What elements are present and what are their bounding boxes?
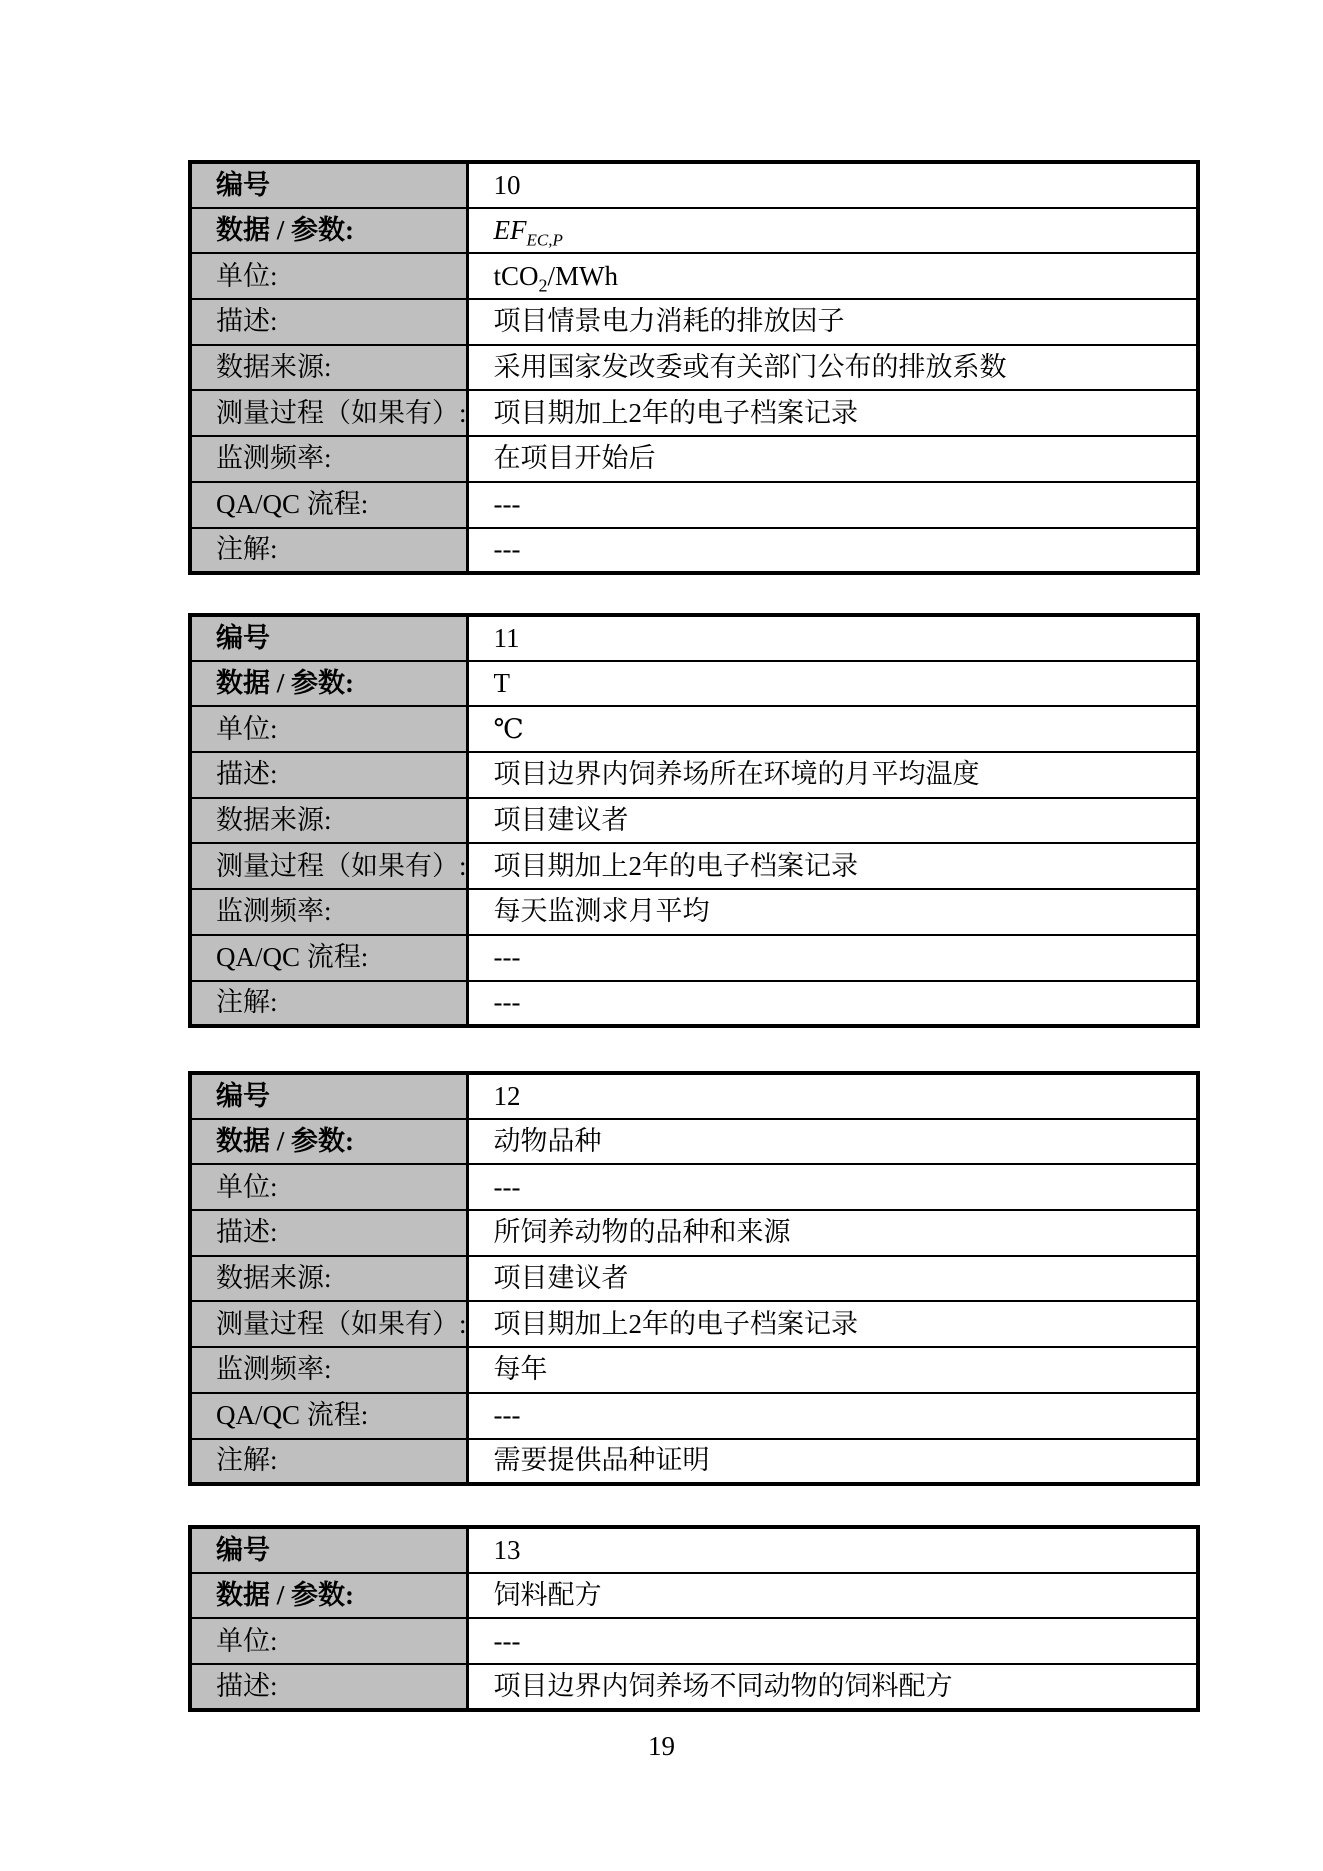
row-label: 编号 xyxy=(190,1073,467,1119)
row-label: 单位: xyxy=(190,706,467,752)
table-row: 注解: --- xyxy=(190,528,1198,574)
row-label: 数据来源: xyxy=(190,798,467,844)
parameter-table-12: 编号 12 数据 / 参数: 动物品种 单位: --- 描述: 所饲养动物的品种… xyxy=(188,1071,1200,1486)
row-value: 饲料配方 xyxy=(467,1573,1198,1619)
row-value: 项目期加上2年的电子档案记录 xyxy=(467,843,1198,889)
table-row: 单位: ℃ xyxy=(190,706,1198,752)
row-label: 数据来源: xyxy=(190,1256,467,1302)
row-value: T xyxy=(467,661,1198,707)
table-row: 注解: 需要提供品种证明 xyxy=(190,1439,1198,1485)
row-label: 数据 / 参数: xyxy=(190,208,467,254)
table-row: 数据来源: 项目建议者 xyxy=(190,798,1198,844)
table-row: 测量过程（如果有）: 项目期加上2年的电子档案记录 xyxy=(190,390,1198,436)
row-value: 12 xyxy=(467,1073,1198,1119)
row-value: 动物品种 xyxy=(467,1119,1198,1165)
table-row: 编号 10 xyxy=(190,162,1198,208)
row-value: --- xyxy=(467,935,1198,981)
row-value: 项目边界内饲养场所在环境的月平均温度 xyxy=(467,752,1198,798)
row-label: 单位: xyxy=(190,1618,467,1664)
row-label: 注解: xyxy=(190,1439,467,1485)
table-row: 数据 / 参数: 饲料配方 xyxy=(190,1573,1198,1619)
row-label: 描述: xyxy=(190,752,467,798)
row-value: tCO2/MWh xyxy=(467,253,1198,299)
row-label: 数据 / 参数: xyxy=(190,1573,467,1619)
row-label: 描述: xyxy=(190,1210,467,1256)
table-row: 监测频率: 每年 xyxy=(190,1347,1198,1393)
row-value: --- xyxy=(467,981,1198,1027)
table-row: QA/QC 流程: --- xyxy=(190,1393,1198,1439)
row-label: 测量过程（如果有）: xyxy=(190,390,467,436)
row-label: 监测频率: xyxy=(190,1347,467,1393)
row-label: QA/QC 流程: xyxy=(190,482,467,528)
table-row: 注解: --- xyxy=(190,981,1198,1027)
row-label: 监测频率: xyxy=(190,436,467,482)
table-row: 编号 12 xyxy=(190,1073,1198,1119)
table-row: 编号 13 xyxy=(190,1527,1198,1573)
table-row: 测量过程（如果有）: 项目期加上2年的电子档案记录 xyxy=(190,1301,1198,1347)
row-value: 每年 xyxy=(467,1347,1198,1393)
table-row: 监测频率: 在项目开始后 xyxy=(190,436,1198,482)
row-label: 监测频率: xyxy=(190,889,467,935)
row-label: QA/QC 流程: xyxy=(190,935,467,981)
unit-subscript: 2 xyxy=(539,275,548,295)
row-value: --- xyxy=(467,1618,1198,1664)
row-label: 单位: xyxy=(190,1164,467,1210)
parameter-table-11: 编号 11 数据 / 参数: T 单位: ℃ 描述: 项目边界内饲养场所在环境的… xyxy=(188,613,1200,1028)
row-value: 项目建议者 xyxy=(467,1256,1198,1302)
row-value: 13 xyxy=(467,1527,1198,1573)
row-value: --- xyxy=(467,528,1198,574)
table-row: 单位: tCO2/MWh xyxy=(190,253,1198,299)
row-value: 11 xyxy=(467,615,1198,661)
table-row: QA/QC 流程: --- xyxy=(190,935,1198,981)
row-value: --- xyxy=(467,1393,1198,1439)
row-value: 项目期加上2年的电子档案记录 xyxy=(467,390,1198,436)
row-value: 项目期加上2年的电子档案记录 xyxy=(467,1301,1198,1347)
row-value: 所饲养动物的品种和来源 xyxy=(467,1210,1198,1256)
formula-subscript: EC,P xyxy=(527,230,563,249)
table-row: 单位: --- xyxy=(190,1164,1198,1210)
parameter-table-10: 编号 10 数据 / 参数: EFEC,P 单位: tCO2/MWh 描述: 项… xyxy=(188,160,1200,575)
row-value: 需要提供品种证明 xyxy=(467,1439,1198,1485)
row-value: 10 xyxy=(467,162,1198,208)
parameter-symbol: EFEC,P xyxy=(494,215,563,245)
unit-main: tCO xyxy=(494,261,539,291)
table-row: 数据来源: 项目建议者 xyxy=(190,1256,1198,1302)
row-label: 编号 xyxy=(190,162,467,208)
table-row: 测量过程（如果有）: 项目期加上2年的电子档案记录 xyxy=(190,843,1198,889)
row-value: 每天监测求月平均 xyxy=(467,889,1198,935)
table-row: 数据 / 参数: EFEC,P xyxy=(190,208,1198,254)
row-label: 描述: xyxy=(190,1664,467,1710)
row-label: 单位: xyxy=(190,253,467,299)
row-value: 项目情景电力消耗的排放因子 xyxy=(467,299,1198,345)
row-value: --- xyxy=(467,482,1198,528)
parameter-table-13: 编号 13 数据 / 参数: 饲料配方 单位: --- 描述: 项目边界内饲养场… xyxy=(188,1525,1200,1712)
row-label: 注解: xyxy=(190,528,467,574)
unit-suffix: /MWh xyxy=(548,261,619,291)
row-label: 编号 xyxy=(190,615,467,661)
table-row: 编号 11 xyxy=(190,615,1198,661)
row-label: 测量过程（如果有）: xyxy=(190,1301,467,1347)
row-label: QA/QC 流程: xyxy=(190,1393,467,1439)
table-row: 数据 / 参数: 动物品种 xyxy=(190,1119,1198,1165)
table-row: 单位: --- xyxy=(190,1618,1198,1664)
table-row: 描述: 所饲养动物的品种和来源 xyxy=(190,1210,1198,1256)
row-label: 描述: xyxy=(190,299,467,345)
table-row: 描述: 项目边界内饲养场不同动物的饲料配方 xyxy=(190,1664,1198,1710)
row-value: --- xyxy=(467,1164,1198,1210)
row-value: 在项目开始后 xyxy=(467,436,1198,482)
row-label: 数据 / 参数: xyxy=(190,1119,467,1165)
row-value: EFEC,P xyxy=(467,208,1198,254)
row-label: 编号 xyxy=(190,1527,467,1573)
table-row: 描述: 项目边界内饲养场所在环境的月平均温度 xyxy=(190,752,1198,798)
table-row: 数据来源: 采用国家发改委或有关部门公布的排放系数 xyxy=(190,345,1198,391)
table-row: 监测频率: 每天监测求月平均 xyxy=(190,889,1198,935)
row-label: 测量过程（如果有）: xyxy=(190,843,467,889)
row-value: 项目边界内饲养场不同动物的饲料配方 xyxy=(467,1664,1198,1710)
row-label: 数据 / 参数: xyxy=(190,661,467,707)
row-label: 数据来源: xyxy=(190,345,467,391)
document-page: 编号 10 数据 / 参数: EFEC,P 单位: tCO2/MWh 描述: 项… xyxy=(0,0,1323,1871)
page-number: 19 xyxy=(0,1731,1323,1762)
row-value: 项目建议者 xyxy=(467,798,1198,844)
table-row: 描述: 项目情景电力消耗的排放因子 xyxy=(190,299,1198,345)
table-row: QA/QC 流程: --- xyxy=(190,482,1198,528)
formula-main: EF xyxy=(494,215,527,245)
row-value: ℃ xyxy=(467,706,1198,752)
row-label: 注解: xyxy=(190,981,467,1027)
table-row: 数据 / 参数: T xyxy=(190,661,1198,707)
row-value: 采用国家发改委或有关部门公布的排放系数 xyxy=(467,345,1198,391)
